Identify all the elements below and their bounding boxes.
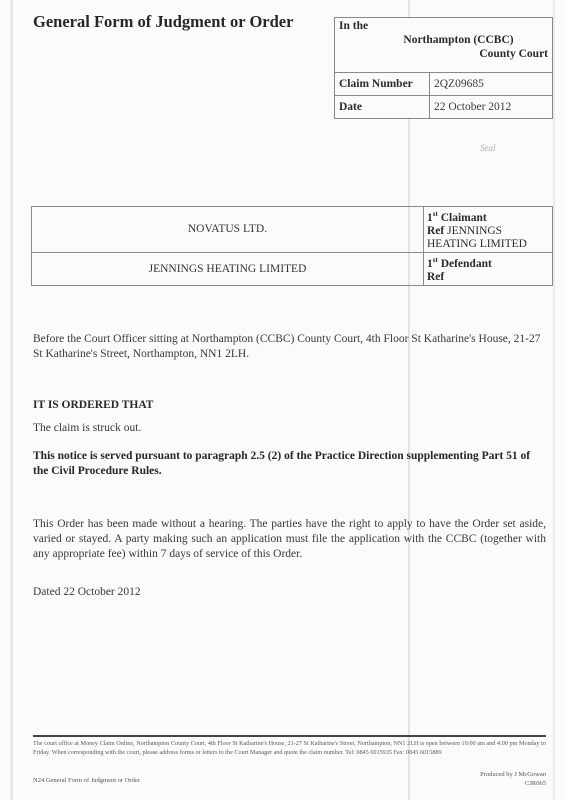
ordered-heading: IT IS ORDERED THAT: [33, 398, 546, 413]
footer-office-text: The court office at Money Claim Online, …: [33, 740, 546, 757]
before-court-paragraph: Before the Court Officer sitting at Nort…: [33, 332, 546, 362]
defendant-role: Defendant: [441, 258, 492, 270]
party-row: JENNINGS HEATING LIMITED 1st Defendant R…: [32, 252, 553, 285]
paper-edge-right: [553, 0, 555, 800]
form-name: N24 General Form of Judgment or Order: [33, 777, 140, 784]
order-text: The claim is struck out.: [33, 421, 546, 436]
claim-number-label: Claim Number: [335, 73, 430, 96]
hearing-paragraph: This Order has been made without a heari…: [33, 517, 546, 562]
defendant-ordinal-suffix: st: [433, 256, 438, 264]
party-row: NOVATUS LTD. 1st Claimant Ref JENNINGS H…: [32, 207, 553, 253]
seal-label: Seal: [480, 143, 496, 153]
claimant-role-cell: 1st Claimant Ref JENNINGS HEATING LIMITE…: [424, 207, 553, 253]
claimant-role: Claimant: [441, 212, 487, 224]
date-value: 22 October 2012: [430, 96, 553, 119]
court-type: County Court: [339, 48, 548, 60]
court-info-box: In the Northampton (CCBC) County Court C…: [334, 17, 553, 119]
produced-by: Produced by J McGowan: [480, 770, 546, 779]
footer-divider: [33, 735, 546, 737]
defendant-ref-label: Ref: [427, 271, 444, 283]
document-title: General Form of Judgment or Order: [33, 12, 293, 32]
form-code: CJR065: [480, 779, 546, 788]
claimant-ref-label: Ref: [427, 225, 444, 237]
claimant-ordinal-suffix: st: [433, 210, 438, 218]
parties-table: NOVATUS LTD. 1st Claimant Ref JENNINGS H…: [31, 206, 553, 286]
date-label: Date: [335, 96, 430, 119]
claim-number-value: 2QZ09685: [430, 73, 553, 96]
defendant-name: JENNINGS HEATING LIMITED: [32, 252, 424, 285]
in-the-label: In the: [339, 20, 548, 32]
dated-line: Dated 22 October 2012: [33, 585, 546, 600]
paper-edge-left: [10, 0, 13, 800]
claimant-name: NOVATUS LTD.: [32, 207, 424, 253]
court-header-cell: In the Northampton (CCBC) County Court: [335, 18, 553, 73]
defendant-role-cell: 1st Defendant Ref: [424, 252, 553, 285]
notice-paragraph: This notice is served pursuant to paragr…: [33, 449, 546, 479]
produced-by-block: Produced by J McGowan CJR065: [480, 770, 546, 788]
court-name: Northampton (CCBC): [339, 34, 548, 46]
